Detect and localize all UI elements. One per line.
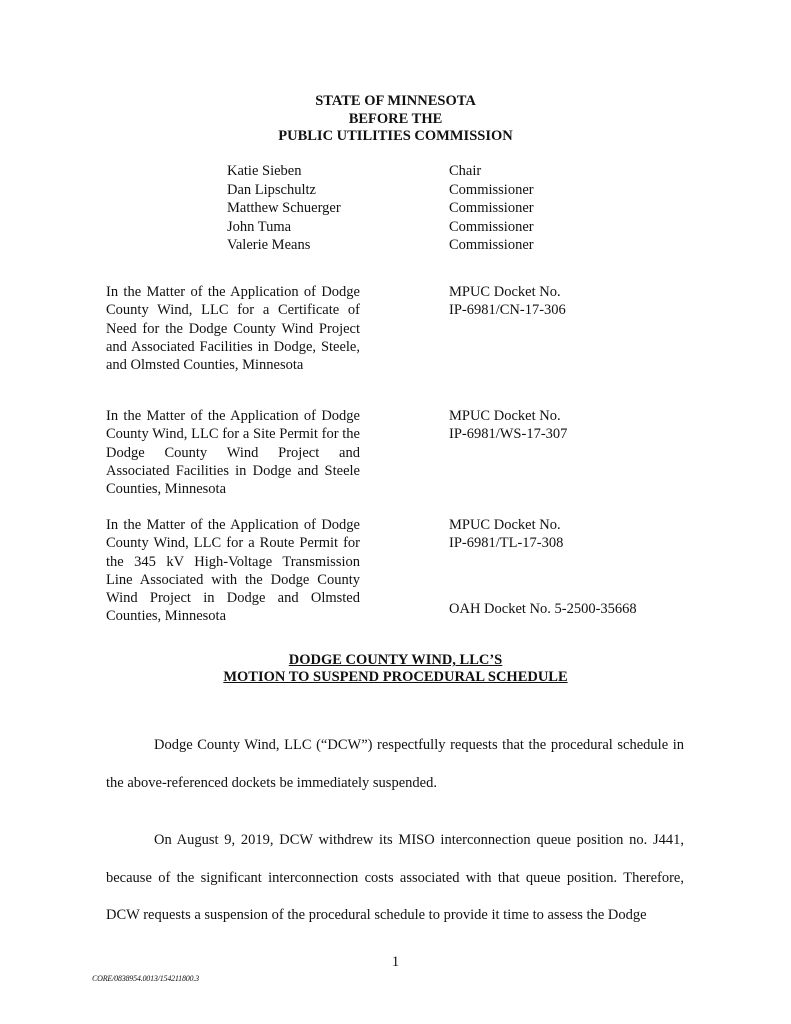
- commissioner-row: John Tuma Commissioner: [0, 218, 791, 237]
- docket-route-permit: MPUC Docket No. IP-6981/TL-17-308: [449, 516, 563, 553]
- commissioner-title: Commissioner: [449, 199, 534, 218]
- docket-number: IP-6981/TL-17-308: [449, 534, 563, 552]
- docket-number: IP-6981/WS-17-307: [449, 425, 567, 443]
- document-id: CORE/0838954.0013/154211800.3: [92, 974, 199, 983]
- motion-title-party: DODGE COUNTY WIND, LLC’S: [0, 652, 791, 669]
- docket-certificate-of-need: MPUC Docket No. IP-6981/CN-17-306: [449, 283, 566, 320]
- paragraph-text: On August 9, 2019, DCW withdrew its MISO…: [106, 822, 684, 935]
- commissioner-row: Matthew Schuerger Commissioner: [0, 199, 791, 218]
- commissioner-title: Chair: [449, 162, 481, 181]
- heading-commission: PUBLIC UTILITIES COMMISSION: [0, 128, 791, 146]
- body-paragraph-1: Dodge County Wind, LLC (“DCW”) respectfu…: [106, 727, 684, 802]
- oah-docket: OAH Docket No. 5-2500-35668: [449, 600, 637, 618]
- docket-label: MPUC Docket No.: [449, 516, 563, 534]
- commissioner-title: Commissioner: [449, 218, 534, 237]
- motion-title: DODGE COUNTY WIND, LLC’S MOTION TO SUSPE…: [0, 652, 791, 686]
- commissioner-name: John Tuma: [227, 218, 291, 237]
- commissioner-title: Commissioner: [449, 181, 534, 200]
- matter-caption-text: In the Matter of the Application of Dodg…: [106, 407, 360, 498]
- motion-title-subject: MOTION TO SUSPEND PROCEDURAL SCHEDULE: [0, 669, 791, 686]
- document-page: STATE OF MINNESOTA BEFORE THE PUBLIC UTI…: [0, 0, 791, 1024]
- paragraph-text: Dodge County Wind, LLC (“DCW”) respectfu…: [106, 727, 684, 802]
- commissioner-name: Dan Lipschultz: [227, 181, 316, 200]
- commissioner-row: Dan Lipschultz Commissioner: [0, 181, 791, 200]
- commissioner-list: Katie Sieben Chair Dan Lipschultz Commis…: [0, 162, 791, 255]
- docket-site-permit: MPUC Docket No. IP-6981/WS-17-307: [449, 407, 567, 444]
- docket-label: MPUC Docket No.: [449, 283, 566, 301]
- commissioner-row: Katie Sieben Chair: [0, 162, 791, 181]
- heading-state: STATE OF MINNESOTA: [0, 93, 791, 111]
- matter-caption-certificate-of-need: In the Matter of the Application of Dodg…: [106, 283, 360, 374]
- body-paragraph-2: On August 9, 2019, DCW withdrew its MISO…: [106, 822, 684, 935]
- docket-label: MPUC Docket No.: [449, 407, 567, 425]
- matter-caption-site-permit: In the Matter of the Application of Dodg…: [106, 407, 360, 498]
- commissioner-name: Matthew Schuerger: [227, 199, 341, 218]
- matter-caption-text: In the Matter of the Application of Dodg…: [106, 516, 360, 626]
- commissioner-name: Katie Sieben: [227, 162, 302, 181]
- matter-caption-route-permit: In the Matter of the Application of Dodg…: [106, 516, 360, 626]
- commissioner-name: Valerie Means: [227, 236, 310, 255]
- heading-before: BEFORE THE: [0, 111, 791, 129]
- page-number: 1: [0, 954, 791, 971]
- court-heading: STATE OF MINNESOTA BEFORE THE PUBLIC UTI…: [0, 93, 791, 146]
- commissioner-row: Valerie Means Commissioner: [0, 236, 791, 255]
- matter-caption-text: In the Matter of the Application of Dodg…: [106, 283, 360, 374]
- docket-number: IP-6981/CN-17-306: [449, 301, 566, 319]
- commissioner-title: Commissioner: [449, 236, 534, 255]
